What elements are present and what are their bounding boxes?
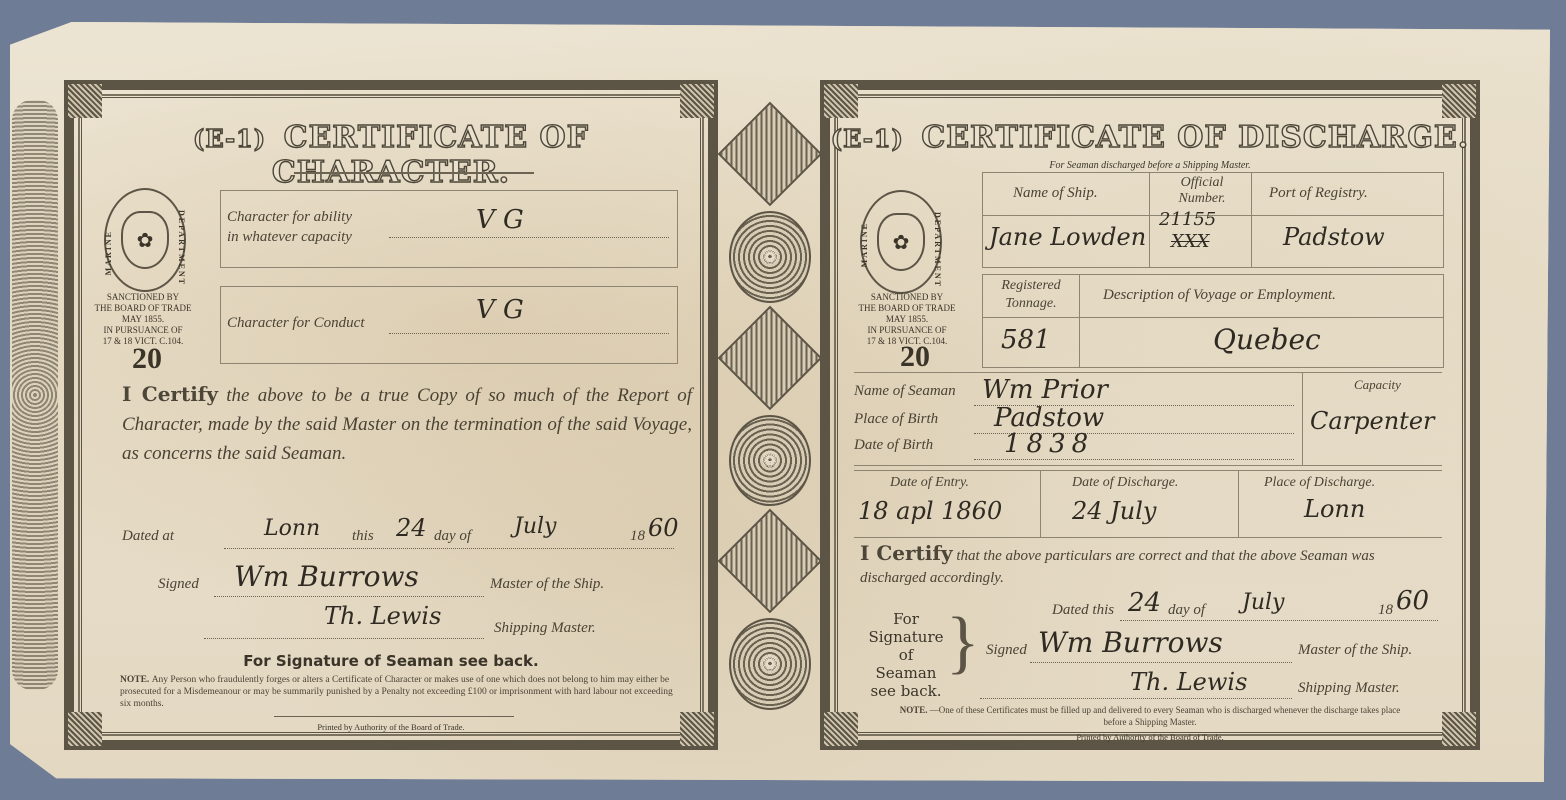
dated-dotted-line (1120, 620, 1438, 621)
diamond-ornament (718, 305, 823, 410)
shipping-master-label: Shipping Master. (1298, 674, 1400, 703)
table-divider (1149, 173, 1150, 267)
crown-rose-icon: ✿ (121, 211, 169, 269)
table-divider (1251, 173, 1252, 267)
certificate-of-character: (E-1) CERTIFICATE OF CHARACTER. MARINE ✿… (64, 80, 718, 750)
printed-by: Printed by Authority of the Board of Tra… (830, 732, 1470, 742)
shipping-dotted-line (204, 638, 484, 639)
corner-ornament (680, 84, 714, 118)
capacity-label: Capacity (1354, 377, 1401, 393)
signed-label: Signed (158, 570, 199, 599)
seaman-name-value: Wm Prior (982, 375, 1108, 405)
footer-rule (274, 716, 514, 717)
dated-at-label: Dated at (122, 522, 174, 551)
note-label: NOTE. (120, 675, 149, 685)
marine-department-seal: MARINE ✿ DEPARTMENT (104, 188, 186, 292)
birthdate-value: 1838 (1004, 429, 1094, 459)
date-of-birth-label: Date of Birth (854, 437, 933, 454)
title-rule (294, 172, 534, 174)
seal-right-arc: DEPARTMENT (933, 212, 942, 288)
crown-rose-icon: ✿ (877, 213, 925, 271)
note-text: —One of these Certificates must be fille… (930, 705, 1401, 727)
day-of-label: day of (434, 522, 471, 551)
title-text: CERTIFICATE OF CHARACTER. (272, 120, 589, 190)
dates-table: Date of Entry. Date of Discharge. Place … (854, 470, 1442, 538)
name-of-ship-header: Name of Ship. (1013, 185, 1098, 202)
seal-left-arc: MARINE (860, 222, 869, 267)
conduct-value: V G (476, 295, 524, 325)
left-edge-ornament (12, 100, 58, 690)
master-of-ship-label: Master of the Ship. (1298, 636, 1412, 665)
dated-month: July (514, 514, 556, 539)
shipping-master-signature: Th. Lewis (1130, 668, 1247, 696)
certificate-title: (E-1) CERTIFICATE OF CHARACTER. (74, 120, 708, 190)
center-spine-ornament: ❁ ❁ ❁ (728, 105, 812, 710)
certificate-subtitle: For Seaman discharged before a Shipping … (830, 160, 1470, 171)
form-number: 20 (900, 340, 930, 374)
printed-by: Printed by Authority of the Board of Tra… (74, 722, 708, 732)
voyage-header: Description of Voyage or Employment. (1103, 287, 1336, 304)
diamond-ornament (718, 102, 823, 207)
shipping-master-signature: Th. Lewis (324, 602, 441, 630)
ship-table: Name of Ship. Official Number. Port of R… (982, 172, 1444, 268)
dated-year: 60 (648, 514, 679, 542)
shipping-master-label: Shipping Master. (494, 614, 596, 643)
ability-label: Character for ability in whatever capaci… (227, 207, 352, 247)
ability-field-box: Character for ability in whatever capaci… (220, 190, 678, 268)
seal-left-arc: MARINE (104, 230, 113, 275)
form-code: (E-1) (831, 124, 904, 153)
certify-word: I Certify (122, 382, 218, 406)
port-of-registry-value: Padstow (1283, 223, 1385, 251)
year-prefix: 18 (630, 522, 645, 551)
official-number-value: 21155 (1159, 209, 1216, 230)
capacity-value: Carpenter (1310, 407, 1435, 435)
dated-day: 24 (1128, 588, 1161, 618)
seaman-signature-note: For Signature of Seaman see back. (74, 652, 708, 670)
medallion-icon: ❁ (729, 211, 811, 303)
place-of-discharge-value: Lonn (1304, 495, 1365, 523)
diamond-ornament (718, 509, 823, 614)
ability-dotted-line (389, 237, 669, 238)
seal-right-arc: DEPARTMENT (177, 210, 186, 286)
corner-ornament (68, 84, 102, 118)
ability-value: V G (476, 205, 524, 235)
master-signature: Wm Burrows (1038, 626, 1223, 659)
corner-ornament (824, 84, 858, 118)
conduct-field-box: Character for Conduct V G (220, 286, 678, 364)
certify-paragraph: I Certify that the above particulars are… (860, 542, 1440, 589)
this-label: this (352, 522, 374, 551)
conduct-label: Character for Conduct (227, 315, 365, 332)
struck-official-number: XXX (1171, 231, 1209, 252)
dated-dotted-line (224, 548, 674, 549)
seaman-details-block: Name of Seaman Wm Prior Place of Birth P… (854, 372, 1442, 466)
note-text: Any Person who fraudulently forges or al… (120, 675, 673, 709)
date-of-discharge-value: 24 July (1072, 497, 1156, 525)
dated-place: Lonn (264, 516, 320, 541)
tonnage-value: 581 (1001, 325, 1051, 355)
legal-note: NOTE. Any Person who fraudulently forges… (120, 674, 680, 710)
master-signature: Wm Burrows (234, 560, 419, 593)
marine-department-seal: MARINE ✿ DEPARTMENT (860, 190, 942, 294)
port-of-registry-header: Port of Registry. (1269, 185, 1368, 202)
certify-word: I Certify (860, 541, 953, 565)
dated-this-label: Dated this (1052, 596, 1114, 625)
signed-label: Signed (986, 636, 1027, 665)
place-of-birth-label: Place of Birth (854, 411, 938, 428)
date-of-entry-value: 18 apl 1860 (858, 497, 1002, 525)
master-of-ship-label: Master of the Ship. (490, 570, 604, 599)
signed-dotted-line (1030, 662, 1292, 663)
date-of-discharge-header: Date of Discharge. (1072, 475, 1178, 491)
ship-name-value: Jane Lowden (989, 223, 1146, 251)
seaman-signature-note: For Signature of Seaman see back. (866, 610, 946, 700)
shipping-dotted-line (980, 698, 1292, 699)
title-text: CERTIFICATE OF DISCHARGE. (921, 120, 1469, 155)
corner-ornament (1442, 84, 1476, 118)
form-code: (E-1) (193, 124, 266, 153)
tonnage-header: Registered Tonnage. (987, 277, 1075, 313)
sanction-text: SANCTIONED BY THE BOARD OF TRADE MAY 185… (88, 292, 198, 347)
table-divider (983, 317, 1443, 318)
date-of-entry-header: Date of Entry. (890, 475, 969, 491)
form-number: 20 (132, 342, 162, 376)
conduct-dotted-line (389, 333, 669, 334)
medallion-icon: ❁ (729, 618, 811, 710)
place-of-discharge-header: Place of Discharge. (1264, 475, 1375, 491)
certify-paragraph: I Certify the above to be a true Copy of… (122, 380, 692, 468)
voyage-table: Registered Tonnage. Description of Voyag… (982, 274, 1444, 368)
dated-day: 24 (396, 514, 427, 542)
dated-month: July (1242, 590, 1284, 615)
birthdate-dotted-line (974, 459, 1294, 460)
voyage-value: Quebec (1213, 323, 1321, 356)
certificate-of-discharge: (E-1) CERTIFICATE OF DISCHARGE. For Seam… (820, 80, 1480, 750)
sanction-text: SANCTIONED BY THE BOARD OF TRADE MAY 185… (852, 292, 962, 347)
note-label: NOTE. (900, 705, 928, 715)
table-divider (1238, 471, 1239, 537)
official-number-header: Official Number. (1159, 175, 1245, 207)
certificate-title: (E-1) CERTIFICATE OF DISCHARGE. (830, 120, 1470, 155)
dated-year: 60 (1396, 586, 1429, 616)
table-divider (1040, 471, 1041, 537)
legal-note: NOTE. —One of these Certificates must be… (890, 704, 1410, 728)
table-divider (1079, 275, 1080, 367)
signed-dotted-line (214, 596, 484, 597)
brace-icon: } (946, 608, 980, 678)
table-divider (1302, 373, 1303, 465)
name-of-seaman-label: Name of Seaman (854, 383, 956, 400)
medallion-icon: ❁ (729, 415, 811, 507)
